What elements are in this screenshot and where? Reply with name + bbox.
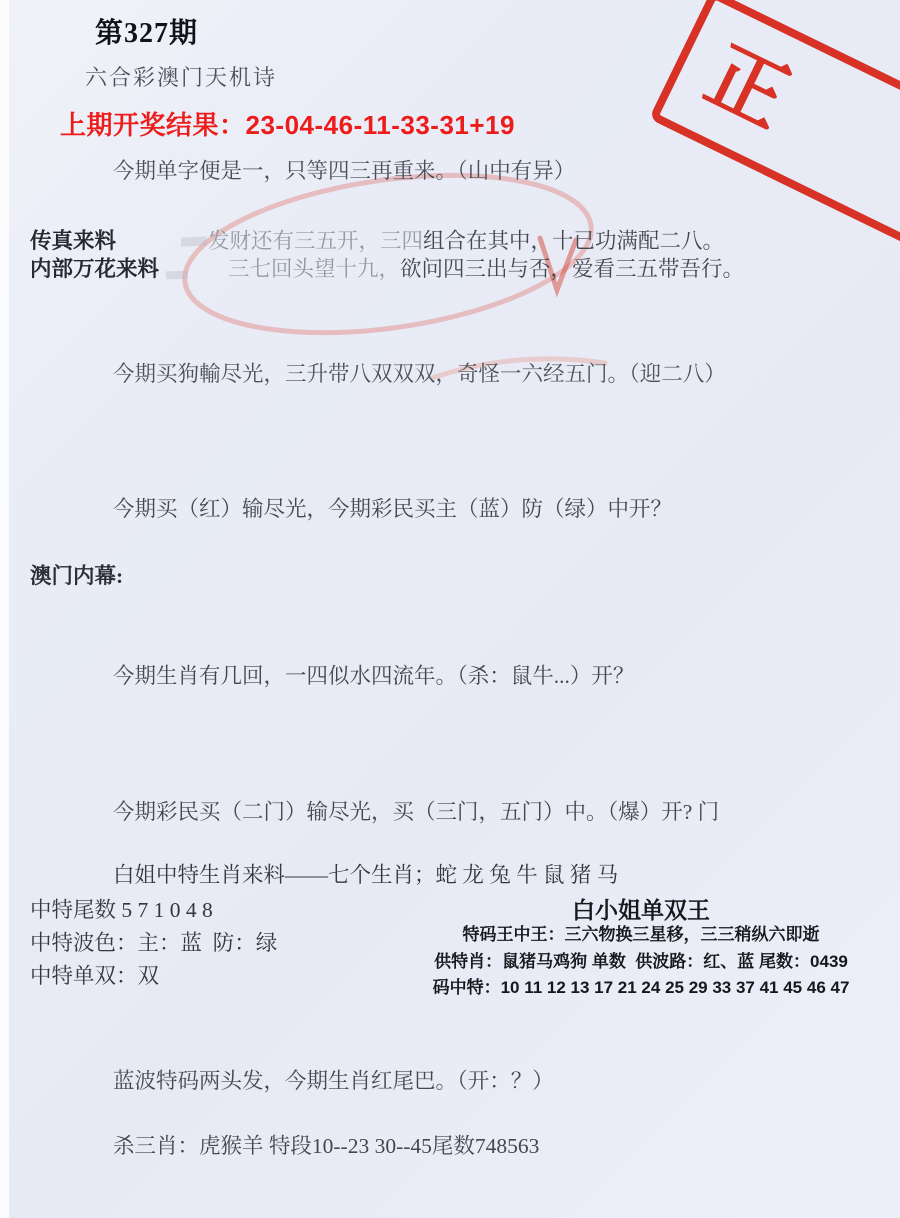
smudge-mark [181, 236, 207, 246]
fax-poem-faded: 发财还有三五开，三四 [208, 229, 423, 253]
smudge-mark [166, 271, 188, 280]
poem-line-4: 今期生肖有几回，一四似水四流年。（杀：鼠牛...）开？ [113, 663, 634, 690]
internal-source-label: 内部万花来料 [30, 256, 159, 283]
parity-line: 中特单双：双 [30, 963, 159, 990]
blue-wave-line: 蓝波特码两头发，今期生肖红尾巴。（开：？） [113, 1068, 554, 1095]
kill-three-zodiac-line: 杀三肖：虎猴羊 特段10--23 30--45尾数748563 [113, 1133, 539, 1160]
macau-insider-label: 澳门内幕: [30, 563, 123, 590]
internal-poem-line: 三七回头望十九，欲问四三出与否，爱看三五带吾行。 [228, 256, 744, 283]
stamp-char-zheng: 正 [696, 35, 800, 139]
poem-line-1: 今期单字便是一，只等四三再重来。（山中有异） [113, 158, 575, 185]
poem-line-2: 今期买狗輸尽光，三升带八双双双，奇怪一六经五门。（迎二八） [113, 361, 726, 388]
wave-color-line: 中特波色：主：蓝 防：绿 [30, 930, 277, 957]
poem-line-5: 今期彩民买（二门）输尽光，买（三门，五门）中。（爆）开? 门 [113, 799, 719, 826]
fax-source-label: 传真来料 [30, 228, 116, 255]
fax-poem-line: 发财还有三五开，三四组合在其中，十已功满配二八。 [208, 228, 724, 255]
zodiac-line: 白姐中特生肖来料——七个生肖；蛇 龙 兔 牛 鼠 猪 马 [113, 862, 618, 889]
issue-number: 第327期 [95, 20, 198, 47]
last-result-line: 上期开奖结果：23-04-46-11-33-31+19 [60, 112, 515, 139]
poem-line-3: 今期买（红）输尽光，今期彩民买主（蓝）防（绿）中开？ [113, 496, 672, 523]
code-numbers-line: 码中特：10 11 12 13 17 21 24 25 29 33 37 41 … [385, 973, 897, 998]
internal-poem-faded: 三七回头望十九， [228, 257, 400, 281]
special-code-king-line: 特码王中王：三六物换三星移，三三稍纵六即逝 [385, 920, 897, 945]
zodiac-wave-supply-line: 供特肖：鼠猪马鸡狗 单数 供波路：红、蓝 尾数：0439 [385, 947, 897, 972]
doc-title: 六合彩澳门天机诗 [85, 64, 277, 91]
fax-poem-rest: 组合在其中，十已功满配二八。 [423, 229, 724, 253]
internal-poem-rest: 欲问四三出与否，爱看三五带吾行。 [400, 257, 744, 281]
left-margin-strip [0, 0, 9, 1218]
tail-numbers-line: 中特尾数 5 7 1 0 4 8 [30, 897, 213, 924]
lottery-tip-sheet: 第327期 六合彩澳门天机诗 上期开奖结果：23-04-46-11-33-31+… [0, 0, 900, 1218]
